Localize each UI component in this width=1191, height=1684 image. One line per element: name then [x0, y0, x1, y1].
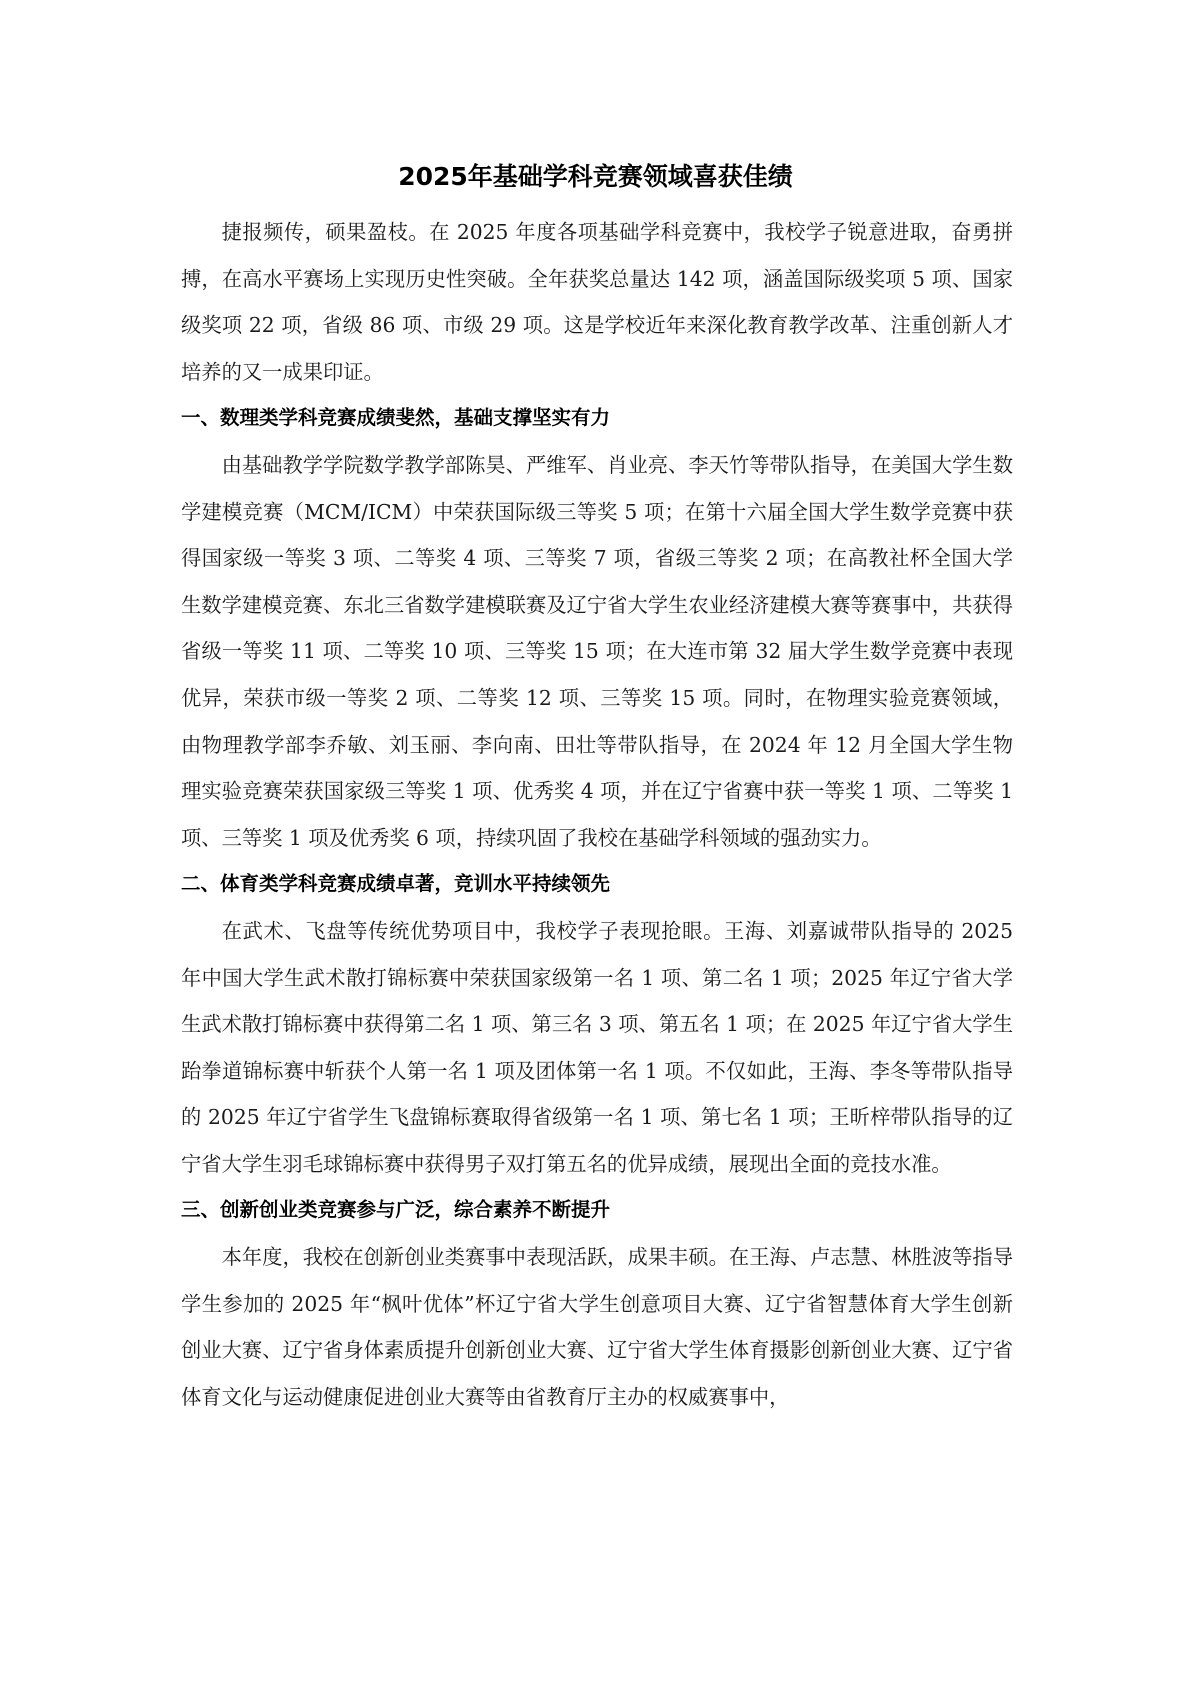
section-paragraph: 在武术、飞盘等传统优势项目中，我校学子表现抢眼。王海、刘嘉诚带队指导的 2025…	[181, 908, 1013, 1188]
section-heading: 三、创新创业类竞赛参与广泛，综合素养不断提升	[181, 1187, 1013, 1234]
document-body: 捷报频传，硕果盈枝。在 2025 年度各项基础学科竞赛中，我校学子锐意进取，奋勇…	[181, 209, 1013, 1420]
section-paragraph: 本年度，我校在创新创业类赛事中表现活跃，成果丰硕。在王海、卢志慧、林胜波等指导学…	[181, 1234, 1013, 1420]
section-heading: 一、数理类学科竞赛成绩斐然，基础支撑坚实有力	[181, 395, 1013, 442]
section-innovation: 三、创新创业类竞赛参与广泛，综合素养不断提升 本年度，我校在创新创业类赛事中表现…	[181, 1187, 1013, 1420]
section-heading: 二、体育类学科竞赛成绩卓著，竞训水平持续领先	[181, 861, 1013, 908]
page-title: 2025年基础学科竞赛领域喜获佳绩	[0, 158, 1191, 196]
section-math-physics: 一、数理类学科竞赛成绩斐然，基础支撑坚实有力 由基础教学学院数学教学部陈昊、严维…	[181, 395, 1013, 861]
section-sports: 二、体育类学科竞赛成绩卓著，竞训水平持续领先 在武术、飞盘等传统优势项目中，我校…	[181, 861, 1013, 1187]
intro-paragraph: 捷报频传，硕果盈枝。在 2025 年度各项基础学科竞赛中，我校学子锐意进取，奋勇…	[181, 209, 1013, 395]
section-paragraph: 由基础教学学院数学教学部陈昊、严维军、肖业亮、李天竹等带队指导，在美国大学生数学…	[181, 442, 1013, 861]
document-page: 2025年基础学科竞赛领域喜获佳绩 捷报频传，硕果盈枝。在 2025 年度各项基…	[0, 0, 1191, 1684]
